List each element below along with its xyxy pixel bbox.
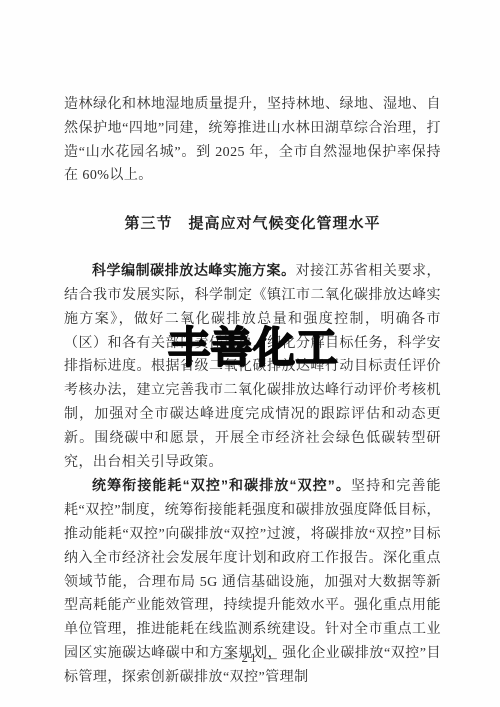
text-block: 造林绿化和林地湿地质量提升，坚持林地、绿地、湿地、自然保护地“四地”同建，统筹推… <box>64 93 441 690</box>
paragraph-forest-wetland: 造林绿化和林地湿地质量提升，坚持林地、绿地、湿地、自然保护地“四地”同建，统筹推… <box>64 93 441 188</box>
document-page: 造林绿化和林地湿地质量提升，坚持林地、绿地、湿地、自然保护地“四地”同建，统筹推… <box>0 0 500 707</box>
section-heading: 第三节 提高应对气候变化管理水平 <box>64 214 441 234</box>
paragraph-carbon-peak-plan-lead: 科学编制碳排放达峰实施方案。 <box>92 262 296 278</box>
paragraph-carbon-peak-plan: 科学编制碳排放达峰实施方案。对接江苏省相关要求，结合我市发展实际，科学制定《镇江… <box>64 259 441 474</box>
page-number: — 21 — <box>0 650 500 666</box>
paragraph-carbon-peak-plan-body: 对接江苏省相关要求，结合我市发展实际，科学制定《镇江市二氧化碳排放达峰实施方案》… <box>64 264 441 469</box>
paragraph-dual-control-lead: 统筹衔接能耗“双控”和碳排放“双控”。 <box>92 477 351 493</box>
